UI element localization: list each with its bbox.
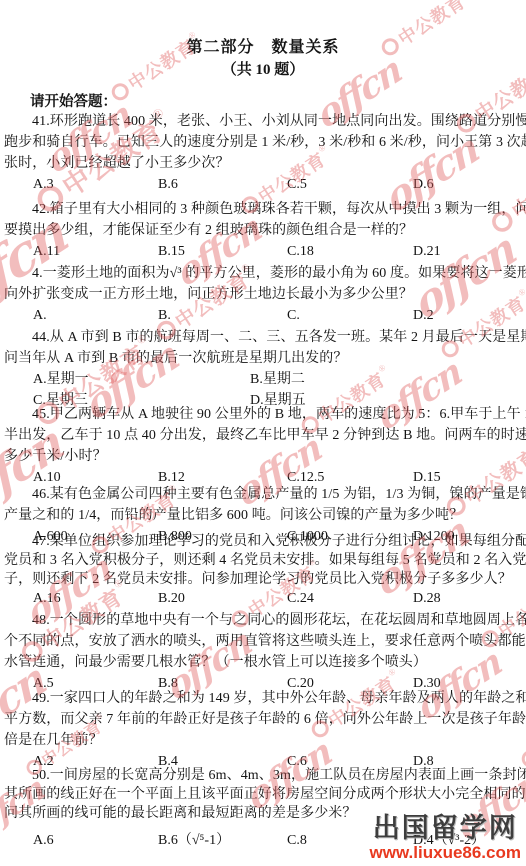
option-b: B.6（√⁵-1） xyxy=(158,829,287,853)
option-b: B.星期二 xyxy=(250,369,526,390)
liuxue86-url: www.liuxue86.com xyxy=(370,843,521,862)
option-a: A.11 xyxy=(33,241,158,262)
liuxue86-logo: 出国留学网 www.liuxue86.com xyxy=(370,813,521,862)
intro-text: 请开始答题： xyxy=(30,94,117,111)
option-d: D.21 xyxy=(413,241,526,262)
option-b: B.6 xyxy=(158,174,287,195)
question-line: 47.某单位组织参加理论学习的党员和入党积极分子进行分组讨论，如果每组分配 7 … xyxy=(0,532,526,551)
options-row: A.16B.20C.24D.28 xyxy=(0,589,526,608)
question-line: 张时，小刘已经超越了小王多少次？ xyxy=(0,153,526,174)
question-line: 46.某有色金属公司四种主要有色金属总产量的 1/5 为铝，1/3 为铜，镍的产… xyxy=(0,484,526,505)
question-line: 跑步和骑自行车。已知三人的速度分别是 1 米/秒，3 米/秒和 6 米/秒，问小… xyxy=(0,132,526,153)
option-c: C.18 xyxy=(287,241,413,262)
option-b: B. xyxy=(158,305,287,326)
question-44: 44.从 A 市到 B 市的航班每周一、二、三、五各发一班。某年 2 月最后一天… xyxy=(0,327,526,411)
question-line: 49.一家四口人的年龄之和为 149 岁，其中外公年龄、母亲年龄及两人的年龄之和… xyxy=(0,688,526,709)
option-d: D.2 xyxy=(413,305,526,326)
question-line: 50.一间房屋的长宽高分别是 6m、4m、3m，施工队员在房屋内表面上画一条封闭… xyxy=(0,766,526,785)
options-row: A.B.C.D.2 xyxy=(0,305,526,326)
question-47: 47.某单位组织参加理论学习的党员和入党积极分子进行分组讨论，如果每组分配 7 … xyxy=(0,532,526,608)
question-4: 4.一菱形土地的面积为√³ 的平方公里，菱形的最小角为 60 度。如果要将这一菱… xyxy=(0,263,526,326)
question-line: 向外扩张变成一正方形土地，问正方形土地边长最小为多少公里？ xyxy=(0,284,526,305)
question-line: 42.箱子里有大小相同的 3 种颜色玻璃珠各若干颗，每次从中摸出 3 颗为一组，… xyxy=(0,199,526,220)
option-d: D.6 xyxy=(413,174,526,195)
question-line: 产量之和的 1/4，而铅的产量比铝多 600 吨。问该公司镍的产量为多少吨？ xyxy=(0,505,526,526)
option-b: B.20 xyxy=(158,589,287,608)
question-line: 问当年从 A 市到 B 市的最后一次航班是星期几出发的？ xyxy=(0,348,526,369)
question-48: 48.一个圆形的草地中央有一个与之同心的圆形花坛，在花坛圆周和草地圆周上各有 3… xyxy=(0,610,526,694)
exam-page: 第二部分 数量关系 （共 10 题） 请开始答题： 41.环形跑道长 400 米… xyxy=(0,0,526,866)
option-a: A.16 xyxy=(33,589,158,608)
question-line: 45.甲乙两辆车从 A 地驶往 90 公里外的 B 地，两车的速度比为 5：6.… xyxy=(0,404,526,425)
part-subtitle: （共 10 题） xyxy=(0,59,526,81)
question-line: 个不同的点，安放了洒水的喷头，两用直管将这些喷头连上，要求任意两个喷头都能被一根 xyxy=(0,631,526,652)
option-a: A. xyxy=(33,305,158,326)
options-row: A.3B.6C.5D.6 xyxy=(0,174,526,195)
question-line: 党员和 3 名入党积极分子，则还剩 4 名党员未安排。如果每组每 5 名党员和 … xyxy=(0,551,526,570)
question-line: 41.环形跑道长 400 米，老张、小王、小刘从同一地点同向出发。围绕路道分别慢… xyxy=(0,111,526,132)
question-42: 42.箱子里有大小相同的 3 种颜色玻璃珠各若干颗，每次从中摸出 3 颗为一组，… xyxy=(0,199,526,262)
options-row: A.11B.15C.18D.21 xyxy=(0,241,526,262)
option-c: C. xyxy=(287,305,413,326)
question-45: 45.甲乙两辆车从 A 地驶往 90 公里外的 B 地，两车的速度比为 5：6.… xyxy=(0,404,526,488)
question-line: 半出发，乙车于 10 点 40 分出发，最终乙车比甲车早 2 分钟到达 B 地。… xyxy=(0,425,526,446)
question-line: 其所画的线正好在一个平面上且该平面正好将房屋空间分成两个形状大小完全相同的部分。 xyxy=(0,785,526,804)
option-c: C.5 xyxy=(287,174,413,195)
options-row: A.星期一B.星期二 xyxy=(0,369,526,390)
question-line: 多少千米/小时？ xyxy=(0,446,526,467)
question-line: 倍是在几年前？ xyxy=(0,730,526,751)
option-b: B.15 xyxy=(158,241,287,262)
question-49: 49.一家四口人的年龄之和为 149 岁，其中外公年龄、母亲年龄及两人的年龄之和… xyxy=(0,688,526,772)
question-41: 41.环形跑道长 400 米，老张、小王、小刘从同一地点同向出发。围绕路道分别慢… xyxy=(0,111,526,195)
option-a: A.3 xyxy=(33,174,158,195)
liuxue86-title: 出国留学网 xyxy=(370,813,521,843)
question-line: 44.从 A 市到 B 市的航班每周一、二、三、五各发一班。某年 2 月最后一天… xyxy=(0,327,526,348)
question-line: 子，则还剩下 2 名党员未安排。问参加理论学习的党员比入党积极分子多多少人？ xyxy=(0,570,526,589)
part-title: 第二部分 数量关系 xyxy=(0,37,526,59)
option-a: A.星期一 xyxy=(33,369,250,390)
question-line: 4.一菱形土地的面积为√³ 的平方公里，菱形的最小角为 60 度。如果要将这一菱… xyxy=(0,263,526,284)
question-line: 48.一个圆形的草地中央有一个与之同心的圆形花坛，在花坛圆周和草地圆周上各有 3 xyxy=(0,610,526,631)
question-line: 平方数，而父亲 7 年前的年龄正好是孩子年龄的 6 倍，问外公年龄上一次是孩子年… xyxy=(0,709,526,730)
question-line: 水管连通，问最少需要几根水管？（一根水管上可以连接多个喷头） xyxy=(0,652,526,673)
option-d: D.28 xyxy=(413,589,526,608)
option-c: C.24 xyxy=(287,589,413,608)
question-line: 要摸出多少组，才能保证至少有 2 组玻璃珠的颜色组合是一样的？ xyxy=(0,220,526,241)
option-a: A.6 xyxy=(33,829,158,853)
